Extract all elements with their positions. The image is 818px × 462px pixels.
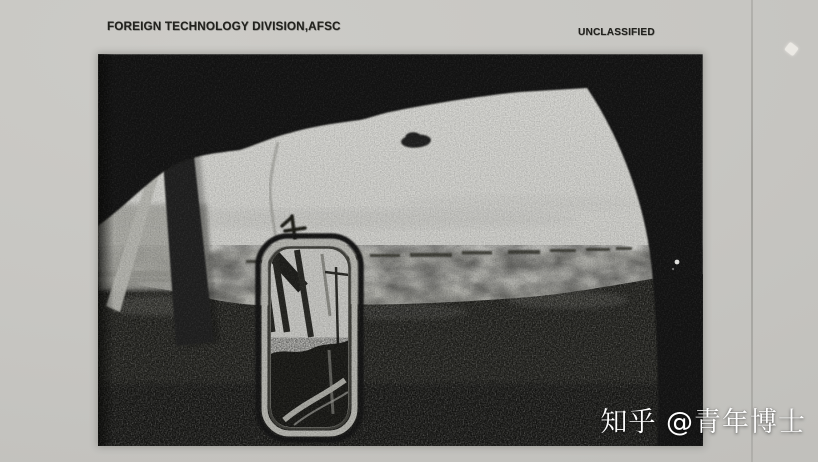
scanned-photo	[98, 54, 703, 446]
watermark: 知乎 @青年博士	[600, 408, 806, 438]
photo-canvas	[98, 54, 703, 446]
paper-speck	[784, 42, 799, 57]
watermark-text: 知乎 @青年博士	[600, 407, 806, 438]
classification-label: UNCLASSIFIED	[578, 26, 655, 38]
scanned-document-page: FOREIGN TECHNOLOGY DIVISION,AFSC UNCLASS…	[0, 0, 818, 462]
film-grain-light	[98, 54, 703, 446]
header-agency-label: FOREIGN TECHNOLOGY DIVISION,AFSC	[107, 19, 341, 33]
page-fold-line	[751, 0, 753, 462]
